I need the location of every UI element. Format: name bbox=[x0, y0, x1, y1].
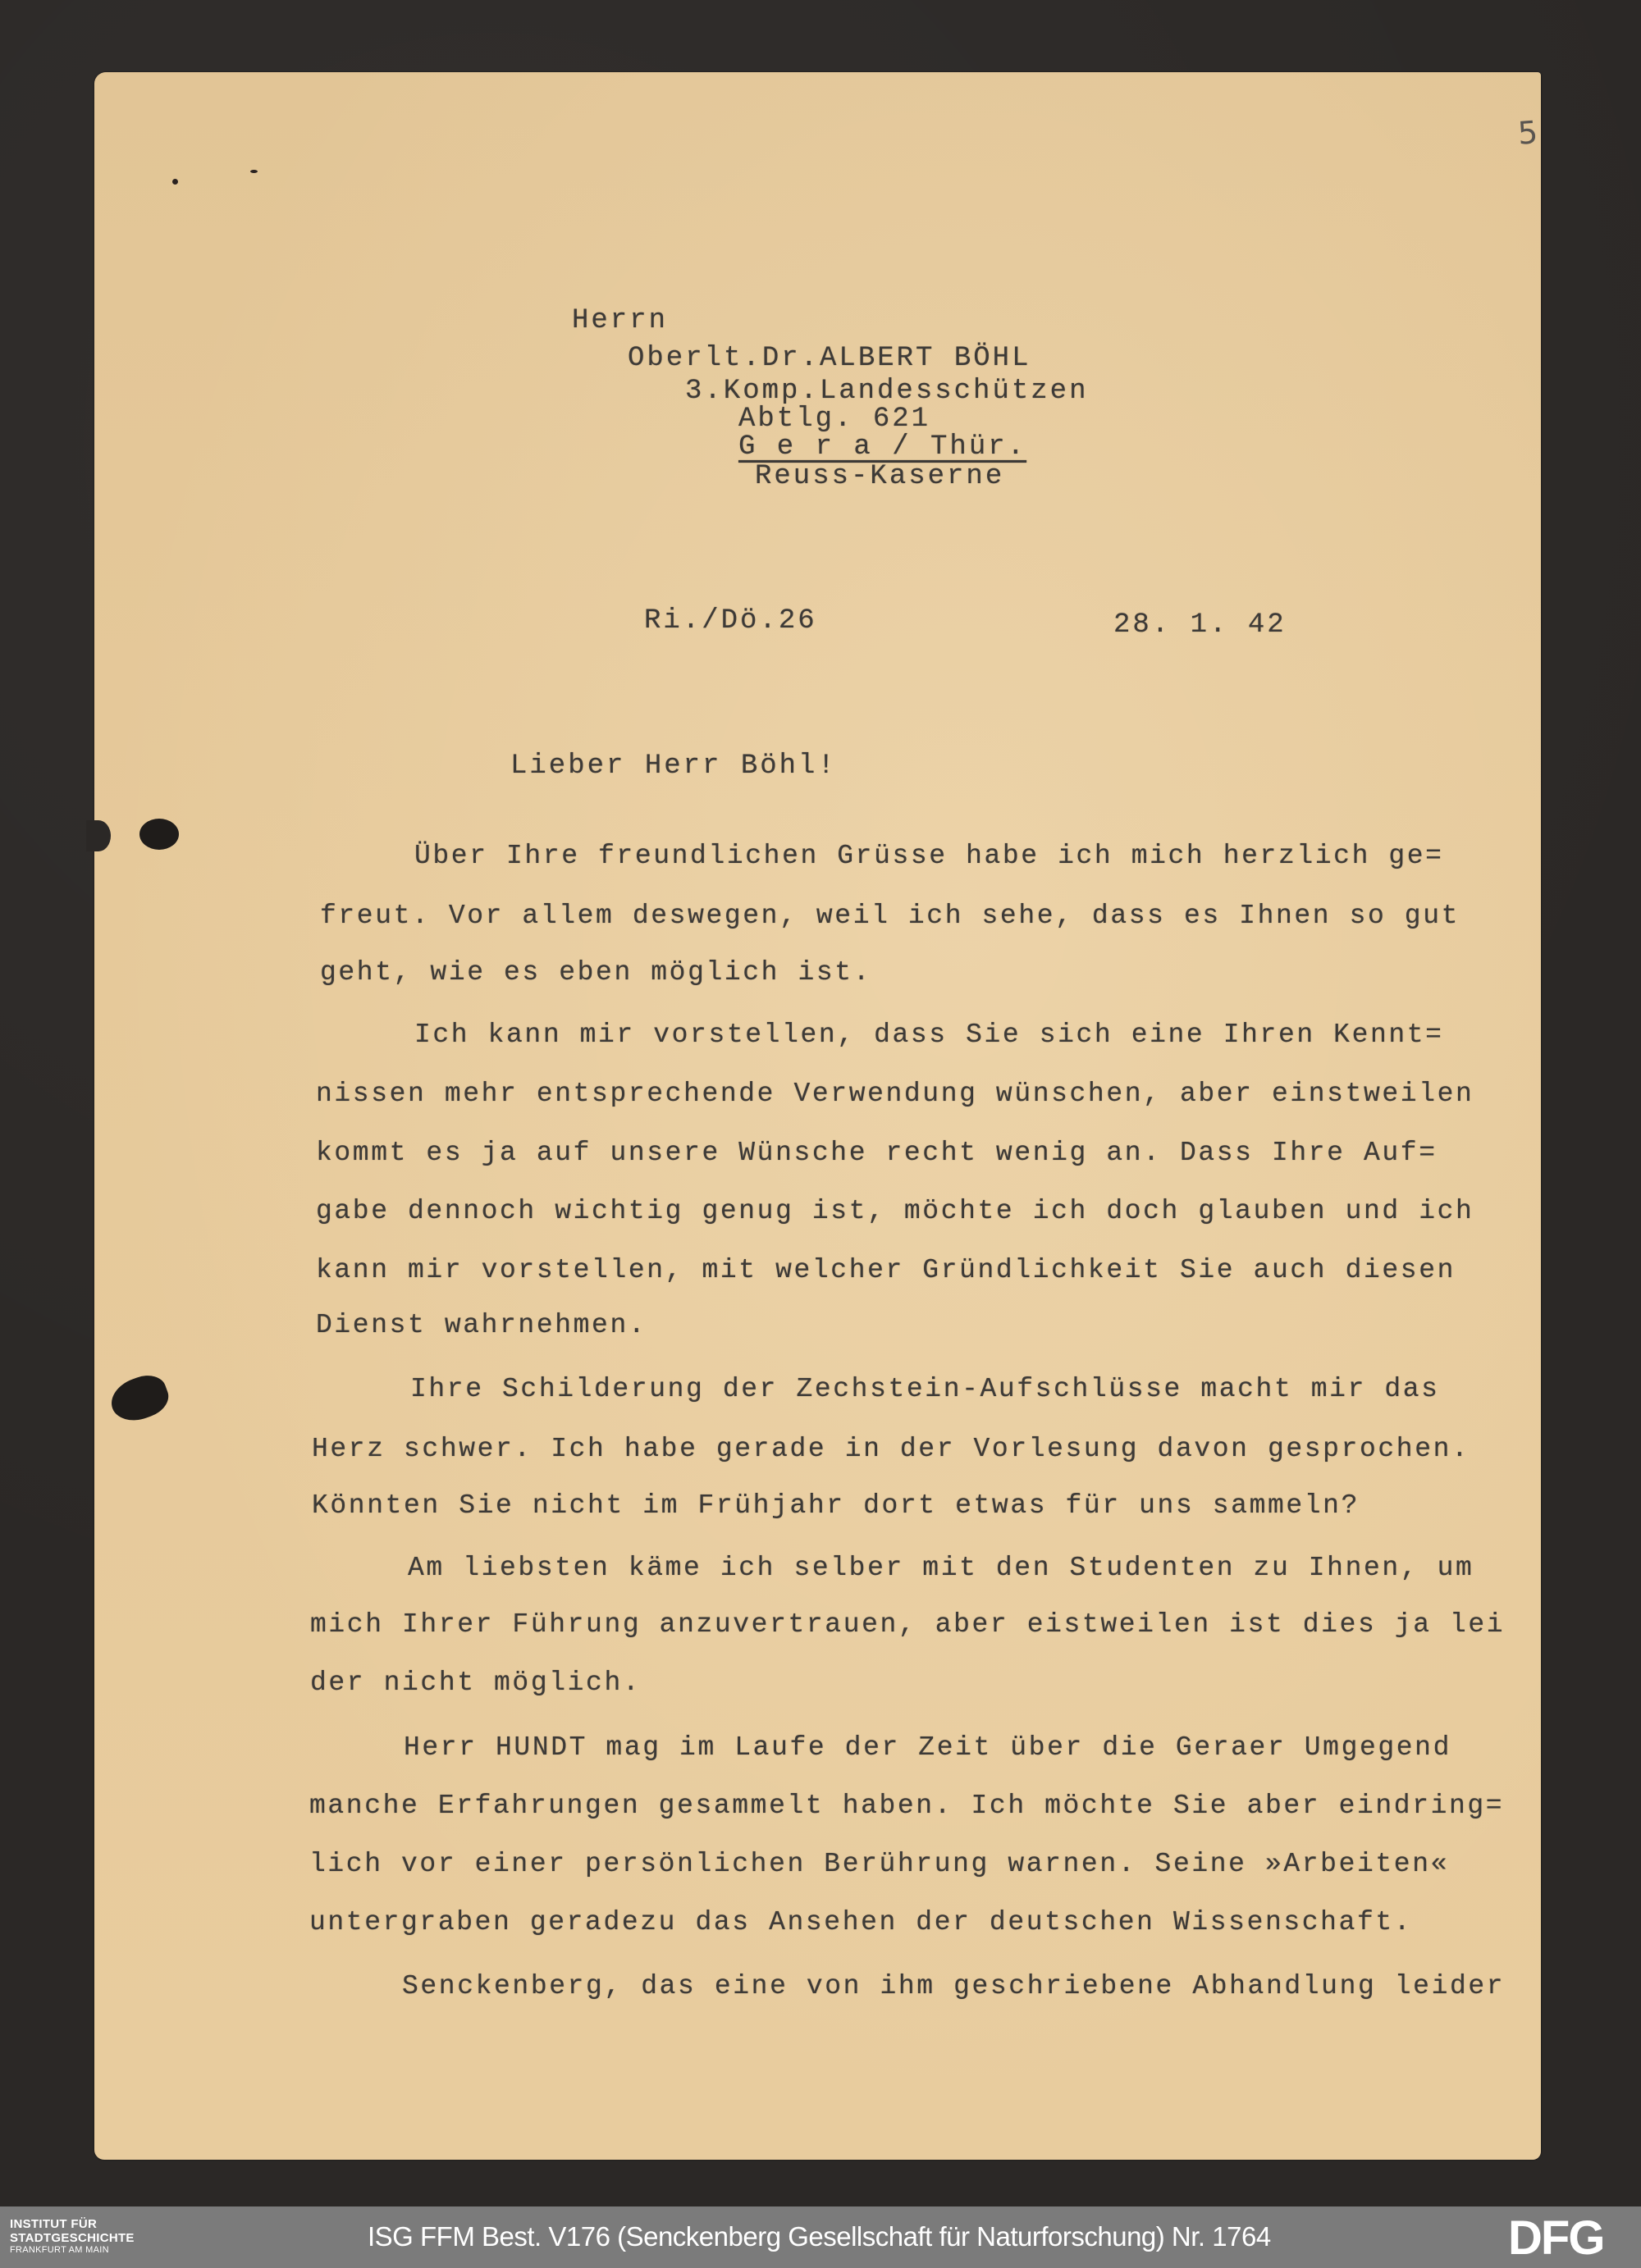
body-line: Ich kann mir vorstellen, dass Sie sich e… bbox=[414, 1020, 1444, 1050]
address-unit: 3.Komp.Landesschützen bbox=[685, 376, 1088, 407]
body-line: der nicht möglich. bbox=[310, 1668, 641, 1698]
punch-hole-top bbox=[139, 819, 179, 850]
body-line: Herr HUNDT mag im Laufe der Zeit über di… bbox=[404, 1732, 1451, 1763]
body-line: lich vor einer persönlichen Berührung wa… bbox=[309, 1849, 1449, 1879]
body-line: Über Ihre freundlichen Grüsse habe ich m… bbox=[414, 841, 1444, 871]
body-line: Am liebsten käme ich selber mit den Stud… bbox=[408, 1553, 1474, 1583]
body-line: mich Ihrer Führung anzuvertrauen, aber e… bbox=[310, 1609, 1505, 1640]
address-name: Oberlt.Dr.ALBERT BÖHL bbox=[628, 343, 1031, 374]
address-barracks: Reuss-Kaserne bbox=[755, 461, 1004, 492]
body-line: untergraben geradezu das Ansehen der deu… bbox=[309, 1907, 1412, 1937]
reference-code: Ri./Dö.26 bbox=[644, 605, 817, 637]
torn-edge bbox=[86, 820, 111, 851]
archive-caption: ISG FFM Best. V176 (Senckenberg Gesellsc… bbox=[368, 2221, 1271, 2252]
body-line: manche Erfahrungen gesammelt haben. Ich … bbox=[309, 1791, 1504, 1821]
institute-logo: INSTITUT FÜR STADTGESCHICHTE FRANKFURT A… bbox=[10, 2218, 135, 2255]
body-line: freut. Vor allem deswegen, weil ich sehe… bbox=[320, 901, 1460, 931]
letter-date: 28. 1. 42 bbox=[1113, 609, 1287, 641]
paper-speck bbox=[250, 170, 258, 173]
body-line: kommt es ja auf unsere Wünsche recht wen… bbox=[316, 1138, 1438, 1168]
greeting: Lieber Herr Böhl! bbox=[510, 751, 837, 782]
address-salutation: Herrn bbox=[572, 305, 668, 336]
body-line: Könnten Sie nicht im Frühjahr dort etwas… bbox=[312, 1490, 1360, 1521]
body-line: geht, wie es eben möglich ist. bbox=[320, 957, 871, 988]
handwritten-page-number: 5 bbox=[1516, 114, 1538, 152]
institute-city: FRANKFURT AM MAIN bbox=[10, 2246, 135, 2255]
dfg-logo: DFG bbox=[1508, 2215, 1603, 2262]
body-line: nissen mehr entsprechende Verwendung wün… bbox=[316, 1079, 1474, 1109]
paper-speck bbox=[172, 179, 178, 185]
body-line: Herz schwer. Ich habe gerade in der Vorl… bbox=[312, 1434, 1470, 1464]
archive-footer: INSTITUT FÜR STADTGESCHICHTE FRANKFURT A… bbox=[0, 2206, 1641, 2268]
body-line: Dienst wahrnehmen. bbox=[316, 1310, 647, 1340]
body-line: kann mir vorstellen, mit welcher Gründli… bbox=[316, 1255, 1456, 1285]
body-line: Ihre Schilderung der Zechstein-Aufschlüs… bbox=[410, 1374, 1440, 1404]
address-department: Abtlg. 621 bbox=[738, 404, 930, 435]
institute-name-line1: INSTITUT FÜR bbox=[10, 2218, 135, 2230]
body-line: gabe dennoch wichtig genug ist, möchte i… bbox=[316, 1196, 1474, 1226]
institute-name-line2: STADTGESCHICHTE bbox=[10, 2232, 135, 2244]
body-line: Senckenberg, das eine von ihm geschriebe… bbox=[402, 1971, 1505, 2001]
address-city: G e r a / Thür. bbox=[738, 431, 1026, 463]
